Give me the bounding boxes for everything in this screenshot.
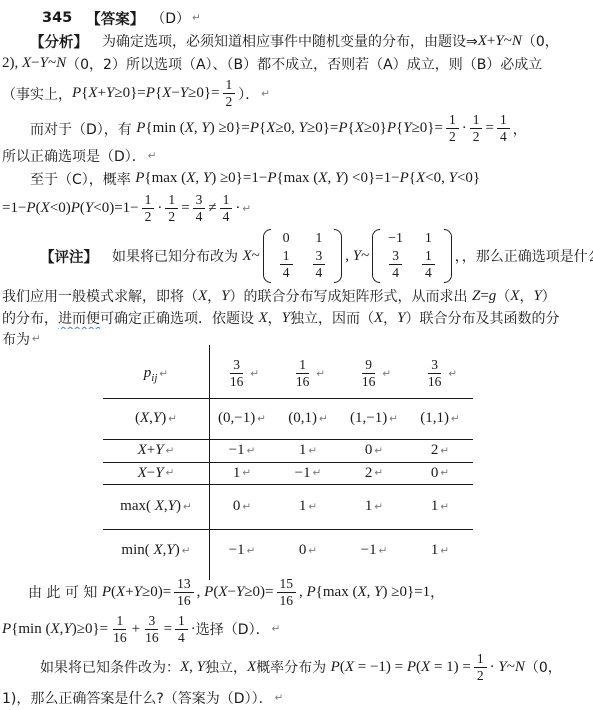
cell-content: 0↵	[275, 542, 341, 559]
remark-line-4: 布为↵	[0, 329, 593, 349]
analysis-line-2: 2), X−Y~N（0，2）所以选项（A）、（B）都不成立，否则若（A）成立，则…	[0, 52, 593, 75]
numerator: 3	[389, 248, 402, 265]
table-value-cell: 2↵	[407, 439, 473, 462]
paragraph-mark-icon: ↵	[374, 467, 383, 479]
followup-line-1: 如果将已知条件改为：X, Y独立，X概率分布为 P(X = −1) = P(X …	[0, 648, 593, 686]
paragraph-mark-icon: ↵	[272, 623, 281, 635]
math-run: =	[181, 200, 189, 217]
paragraph-mark-icon: ↵	[308, 501, 317, 513]
table-value-cell: (1,−1)↵	[341, 398, 407, 439]
denominator: 16	[175, 593, 193, 609]
numerator: 3	[428, 357, 441, 374]
table-row: X+Y↵−1↵1↵0↵2↵	[103, 439, 473, 462]
math-run: (1,−1)	[350, 410, 387, 427]
math-run: X+Y	[138, 442, 164, 459]
cell-content: pij↵	[103, 365, 209, 382]
table-row: max( X,Y)↵0↵1↵1↵1↵	[103, 484, 473, 529]
bold-label: 【分析】	[30, 31, 88, 52]
math-run: X−Y	[138, 465, 164, 482]
math-run: =	[485, 120, 493, 137]
math-run: 2	[365, 465, 373, 482]
text-run: ，	[383, 308, 397, 328]
table-value-cell: 1↵	[275, 439, 341, 462]
paragraph-mark-icon: ↵	[316, 368, 325, 380]
math-run: Z=g	[472, 288, 496, 305]
text-run: ，，那么正确选项是什么?	[455, 246, 593, 266]
denominator: 4	[176, 630, 187, 646]
fraction: 34	[193, 192, 206, 225]
cell-content: 1↵	[209, 465, 275, 482]
cell-content: (0,−1)↵	[209, 410, 275, 427]
paragraph-mark-icon: ↵	[275, 692, 284, 704]
cell-content: (1,1)↵	[407, 410, 473, 427]
conclusion-line-2: P{min (X,Y)≥0}=116+316=14·选择（D）．↵	[0, 610, 593, 648]
math-run: , P(X−Y≥0)=	[197, 584, 274, 601]
math-run: (1,1)	[420, 410, 449, 427]
table-value-cell: −1↵	[209, 529, 275, 572]
matrix-grid: −113414	[384, 229, 440, 283]
math-run: X	[510, 288, 519, 305]
paragraph-mark-icon: ↵	[166, 467, 175, 479]
spellcheck-underlined-text: 进而便	[58, 308, 100, 328]
math-run: =1−P(X<0)P(Y<0)=1−	[2, 200, 139, 217]
fraction: 1316	[174, 576, 194, 609]
text-run: 为确定选项，必须知道相应事件中随机变量的分布，由题设⇒	[88, 31, 478, 51]
table-value-cell: (0,1)↵	[275, 398, 341, 439]
table-value-cell: 116↵	[275, 350, 341, 398]
text-run: 选择（D）．	[196, 619, 270, 639]
cell-content: 116↵	[275, 357, 341, 390]
math-run: ·	[235, 200, 240, 217]
table-value-cell: −1↵	[341, 529, 407, 572]
math-run: 1	[299, 498, 307, 515]
cell-content: −1↵	[341, 542, 407, 559]
answer-line: 345 【答案】 （D）↵	[0, 6, 593, 30]
text-run: ）．	[238, 84, 259, 104]
cell-content: (X,Y)↵	[103, 410, 209, 427]
paragraph-mark-icon: ↵	[389, 413, 398, 425]
cell-content: 1↵	[407, 542, 473, 559]
numerator: 1	[113, 613, 126, 630]
cell-content: 916↵	[341, 357, 407, 390]
paragraph-mark-icon: ↵	[379, 545, 388, 557]
math-run: , P{max (X, Y) ≥0}=1	[299, 584, 430, 601]
cell-content: −1↵	[209, 542, 275, 559]
math-run: ·	[157, 200, 162, 217]
paragraph-mark-icon: ↵	[440, 467, 449, 479]
math-run: X+Y~N	[478, 33, 522, 50]
table-row: (X,Y)↵(0,−1)↵(0,1)↵(1,−1)↵(1,1)↵	[103, 398, 473, 439]
numerator: 1	[175, 613, 188, 630]
table-row: X−Y↵1↵−1↵2↵0↵	[103, 462, 473, 484]
math-run: Y	[533, 288, 541, 305]
math-run: X~	[242, 248, 259, 265]
fraction: 34	[313, 248, 326, 281]
subscript: ij	[151, 372, 157, 384]
paragraph-mark-icon: ↵	[32, 333, 41, 345]
text-run	[72, 8, 86, 28]
numerator: 3	[145, 613, 158, 630]
bold-label: 345	[42, 10, 72, 26]
analysis-line-3: （事实上，P{X+Y≥0}=P{X−Y≥0}=12）．↵	[0, 75, 593, 112]
cell-content: 316↵	[209, 357, 275, 390]
math-run: −1	[361, 542, 377, 559]
table-value-cell: 1↵	[407, 484, 473, 529]
matrix-grid: 011434	[275, 229, 331, 283]
numerator: 3	[313, 248, 326, 265]
text-run: 的分布，	[2, 308, 58, 328]
fraction: 12	[165, 192, 178, 225]
paragraph-mark-icon: ↵	[159, 368, 168, 380]
text-run: （事实上，	[2, 84, 72, 104]
math-run: 1	[233, 465, 241, 482]
table-label-cell: X+Y↵	[103, 439, 209, 462]
table-value-cell: 1↵	[341, 484, 407, 529]
math-run: X	[258, 310, 267, 327]
paragraph-mark-icon: ↵	[382, 368, 391, 380]
paragraph-mark-icon: ↵	[451, 413, 460, 425]
fraction: 14	[175, 613, 188, 646]
cell-content: 316↵	[407, 357, 473, 390]
numerator: 1	[220, 192, 233, 209]
text-run: 概率分布为	[256, 657, 330, 677]
analysis-line-5: 所以正确选项是（D）．↵	[0, 145, 593, 167]
fraction: 12	[223, 77, 236, 110]
paragraph-mark-icon: ↵	[148, 150, 157, 162]
math-run: p	[144, 365, 152, 382]
numerator: 1	[474, 651, 487, 668]
matrix-value: 1	[315, 231, 322, 247]
paragraph-mark-icon: ↵	[257, 413, 266, 425]
math-run: min( X,Y)	[121, 542, 179, 559]
text-run: ，	[268, 308, 282, 328]
text-run: ）联合分布及其函数的分	[405, 308, 559, 328]
table-value-cell: 2↵	[341, 462, 407, 484]
numerator: 9	[362, 357, 375, 374]
denominator: 2	[447, 129, 458, 145]
text-run: 至于（C），概率	[30, 169, 135, 189]
bold-label: 【答案】	[86, 8, 144, 29]
remark-line-3: 的分布，进而便可确定正确选项．依题设 X，Y独立，因而（X，Y）联合分布及其函数…	[0, 307, 593, 329]
numerator: 1	[422, 248, 435, 265]
text-run: ）的联合分布写成矩阵形式，从而求出	[230, 286, 472, 306]
text-run: ，	[519, 286, 533, 306]
math-run: P{min (X, Y) ≥0}=P{X≥0, Y≥0}=P{X≥0}P{Y≥0…	[136, 120, 443, 137]
matrix-value: −1	[388, 231, 403, 247]
cell-content: (0,1)↵	[275, 410, 341, 427]
table-value-cell: 316↵	[407, 350, 473, 398]
denominator: 2	[224, 94, 235, 110]
paragraph-mark-icon: ↵	[166, 445, 175, 457]
text-run: 可确定正确选项．依题设	[100, 308, 258, 328]
cell-content: 0↵	[341, 442, 407, 459]
table-value-cell: 1↵	[275, 484, 341, 529]
table-label-cell: min( X,Y)↵	[103, 529, 209, 572]
left-paren-icon	[372, 229, 380, 283]
math-solution-document: 345 【答案】 （D）↵【分析】 为确定选项，必须知道相应事件中随机变量的分布…	[0, 0, 593, 710]
paragraph-mark-icon: ↵	[261, 88, 270, 100]
table-value-cell: 0↵	[341, 439, 407, 462]
paragraph-mark-icon: ↵	[448, 368, 457, 380]
fraction: 316	[426, 357, 444, 390]
math-run: 1	[299, 442, 307, 459]
numerator: 1	[470, 112, 483, 129]
cell-content: (1,−1)↵	[341, 410, 407, 427]
paragraph-mark-icon: ↵	[242, 203, 251, 215]
denominator: 16	[278, 593, 296, 609]
math-run: P{X+Y≥0}=P{X−Y≥0}=	[72, 85, 220, 102]
denominator: 4	[281, 265, 292, 281]
table-value-cell: 0↵	[209, 484, 275, 529]
fraction: 316	[228, 357, 246, 390]
cell-content: 2↵	[407, 442, 473, 459]
math-run: −1	[295, 465, 311, 482]
numerator: 1	[280, 248, 293, 265]
math-run: ≠	[208, 200, 216, 217]
distribution-matrix: −113414	[372, 229, 452, 283]
fraction: 14	[422, 248, 435, 281]
table-label-cell: (X,Y)↵	[103, 398, 209, 439]
paragraph-mark-icon: ↵	[247, 545, 256, 557]
paragraph-mark-icon: ↵	[247, 445, 256, 457]
table-value-cell: 1↵	[209, 462, 275, 484]
math-run: 0	[431, 465, 439, 482]
numerator: 1	[296, 357, 309, 374]
joint-distribution-table-wrap: pij↵316↵116↵916↵316↵(X,Y)↵(0,−1)↵(0,1)↵(…	[103, 350, 475, 572]
math-run: X	[198, 288, 207, 305]
paragraph-mark-icon: ↵	[374, 445, 383, 457]
numerator: 1	[497, 112, 510, 129]
fraction: 14	[497, 112, 510, 145]
solution-text-top: 345 【答案】 （D）↵【分析】 为确定选项，必须知道相应事件中随机变量的分布…	[0, 6, 593, 349]
table-value-cell: −1↵	[209, 439, 275, 462]
table-value-cell: 0↵	[407, 462, 473, 484]
fraction: 1516	[277, 576, 297, 609]
paragraph-mark-icon: ↵	[440, 501, 449, 513]
cell-content: 2↵	[341, 465, 407, 482]
math-run: (X,Y)	[135, 410, 166, 427]
distribution-matrix: 011434	[263, 229, 343, 283]
denominator: 16	[111, 630, 129, 646]
fraction: 916	[360, 357, 378, 390]
paragraph-mark-icon: ↵	[183, 501, 192, 513]
paragraph-mark-icon: ↵	[242, 467, 251, 479]
denominator: 2	[166, 209, 177, 225]
denominator: 4	[498, 129, 509, 145]
matrix-value: 1	[425, 231, 432, 247]
cell-content: X+Y↵	[103, 442, 209, 459]
table-label-cell: pij↵	[103, 350, 209, 398]
numerator: 3	[193, 192, 206, 209]
paragraph-mark-icon: ↵	[250, 368, 259, 380]
bold-label: 【评注】	[40, 246, 98, 267]
math-run: P{max (X, Y) ≥0}=1−P{max (X, Y) <0}=1−P{…	[135, 170, 480, 187]
cell-content: 1↵	[341, 498, 407, 515]
text-run: 而对于（D），有	[30, 119, 136, 139]
paragraph-mark-icon: ↵	[308, 545, 317, 557]
paragraph-mark-icon: ↵	[242, 501, 251, 513]
text-run: （D）	[144, 8, 190, 28]
remark-line-2: 我们应用一般模式求解，即将（X，Y）的联合分布写成矩阵形式，从而求出 Z=g（X…	[0, 285, 593, 307]
conclusion-line-1: 由 此 可 知 P(X+Y≥0)=1316, P(X−Y≥0)=1516, P{…	[0, 574, 593, 610]
math-run: Y	[282, 310, 290, 327]
text-run: 由 此 可 知	[28, 582, 102, 602]
denominator: 4	[194, 209, 205, 225]
text-run: 所以正确选项是（D）．	[2, 146, 146, 166]
text-run: ，	[207, 286, 221, 306]
math-run: =	[164, 621, 172, 638]
numerator: 1	[142, 192, 155, 209]
cell-content: 0↵	[209, 498, 275, 515]
text-run: （0，	[522, 31, 559, 51]
text-run: ，	[513, 119, 527, 139]
math-run: −1	[229, 442, 245, 459]
numerator: 1	[446, 112, 459, 129]
analysis-line-7: =1−P(X<0)P(Y<0)=1−12·12=34≠14·↵	[0, 190, 593, 227]
math-run: ·	[462, 120, 467, 137]
remark-line-1: 【评注】 如果将已知分布改为 X~011434, Y~−113414，，那么正确…	[0, 227, 593, 285]
numerator: 15	[277, 576, 297, 593]
fraction: 14	[220, 192, 233, 225]
numerator: 13	[174, 576, 194, 593]
numerator: 3	[230, 357, 243, 374]
cell-content: 1↵	[275, 498, 341, 515]
table-value-cell: 1↵	[407, 529, 473, 572]
paragraph-mark-icon: ↵	[168, 413, 177, 425]
paragraph-mark-icon: ↵	[308, 445, 317, 457]
text-run: 1)，那么正确答案是什么?（答案为（D））．	[2, 688, 273, 708]
denominator: 4	[314, 265, 325, 281]
table-value-cell: 0↵	[275, 529, 341, 572]
denominator: 2	[471, 129, 482, 145]
paragraph-mark-icon: ↵	[374, 501, 383, 513]
table-row: min( X,Y)↵−1↵0↵−1↵1↵	[103, 529, 473, 572]
table-value-cell: 316↵	[209, 350, 275, 398]
right-paren-icon	[444, 229, 452, 283]
text-run: 独立，因而（	[290, 308, 374, 328]
analysis-line-1: 【分析】 为确定选项，必须知道相应事件中随机变量的分布，由题设⇒X+Y~N（0，	[0, 30, 593, 52]
cell-content: 1↵	[407, 498, 473, 515]
math-run: 0	[233, 498, 241, 515]
text-run: （0，2）所以选项（A）、（B）都不成立，否则若（A）成立，则（B）必成立	[66, 54, 542, 74]
table-value-cell: −1↵	[275, 462, 341, 484]
fraction: 116	[294, 357, 312, 390]
denominator: 16	[360, 374, 378, 390]
paragraph-mark-icon: ↵	[192, 12, 201, 24]
denominator: 16	[143, 630, 161, 646]
math-run: P{min (X,Y)≥0}=	[2, 621, 108, 638]
right-paren-icon	[334, 229, 342, 283]
math-run: P(X+Y≥0)=	[102, 584, 171, 601]
fraction: 12	[446, 112, 459, 145]
table-label-cell: X−Y↵	[103, 462, 209, 484]
math-run: Y	[221, 288, 229, 305]
fraction: 14	[280, 248, 293, 281]
text-run: ）	[542, 286, 556, 306]
numerator: 1	[165, 192, 178, 209]
denominator: 2	[143, 209, 154, 225]
paragraph-mark-icon: ↵	[313, 467, 322, 479]
math-run: (0,1)	[288, 410, 317, 427]
paragraph-mark-icon: ↵	[440, 545, 449, 557]
math-run: X, Y	[180, 659, 205, 676]
math-run: 2), X−Y~N	[2, 55, 66, 72]
fraction: 34	[389, 248, 402, 281]
table-row: pij↵316↵116↵916↵316↵	[103, 350, 473, 398]
text-run: 独立，	[205, 657, 247, 677]
denominator: 4	[221, 209, 232, 225]
fraction: 12	[470, 112, 483, 145]
paragraph-mark-icon: ↵	[182, 545, 191, 557]
text-run: 我们应用一般模式求解，即将（	[2, 286, 198, 306]
paragraph-mark-icon: ↵	[440, 445, 449, 457]
solution-text-bottom: 由 此 可 知 P(X+Y≥0)=1316, P(X−Y≥0)=1516, P{…	[0, 574, 593, 710]
cell-content: −1↵	[275, 465, 341, 482]
analysis-line-6: 至于（C），概率 P{max (X, Y) ≥0}=1−P{max (X, Y)…	[0, 167, 593, 190]
math-run: +	[132, 621, 140, 638]
math-run: · Y~N	[490, 659, 525, 676]
denominator: 16	[294, 374, 312, 390]
math-run: , Y~	[345, 248, 369, 265]
fraction: 316	[143, 613, 161, 646]
table-value-cell: (1,1)↵	[407, 398, 473, 439]
fraction: 12	[142, 192, 155, 225]
text-run: 如果将已知条件改为：	[40, 657, 180, 677]
text-run: （0，	[525, 657, 562, 677]
denominator: 4	[390, 265, 401, 281]
math-run: (0,−1)	[218, 410, 255, 427]
math-run: 1	[365, 498, 373, 515]
text-run: 如果将已知分布改为	[98, 246, 242, 266]
cell-content: X−Y↵	[103, 465, 209, 482]
fraction: 12	[474, 651, 487, 684]
math-run: X	[374, 310, 383, 327]
math-run: 1	[431, 498, 439, 515]
math-run: 0	[299, 542, 307, 559]
fraction: 116	[111, 613, 129, 646]
cell-content: 1↵	[275, 442, 341, 459]
math-run: X	[247, 659, 256, 676]
math-run: −1	[229, 542, 245, 559]
numerator: 1	[223, 77, 236, 94]
denominator: 16	[426, 374, 444, 390]
denominator: 16	[228, 374, 246, 390]
table-value-cell: (0,−1)↵	[209, 398, 275, 439]
math-run: 0	[365, 442, 373, 459]
cell-content: max( X,Y)↵	[103, 498, 209, 515]
cell-content: 0↵	[407, 465, 473, 482]
joint-distribution-table: pij↵316↵116↵916↵316↵(X,Y)↵(0,−1)↵(0,1)↵(…	[103, 350, 473, 572]
math-run: max( X,Y)	[120, 498, 181, 515]
text-run: （	[496, 286, 510, 306]
denominator: 4	[423, 265, 434, 281]
matrix-value: 0	[283, 231, 290, 247]
math-run: P(X = −1) = P(X = 1) =	[331, 659, 471, 676]
paragraph-mark-icon: ↵	[319, 413, 328, 425]
denominator: 2	[475, 668, 486, 684]
table-value-cell: 916↵	[341, 350, 407, 398]
math-run: 1	[431, 542, 439, 559]
math-run: Y	[397, 310, 405, 327]
followup-line-2: 1)，那么正确答案是什么?（答案为（D））．↵	[0, 686, 593, 710]
text-run: ，	[430, 582, 444, 602]
table-label-cell: max( X,Y)↵	[103, 484, 209, 529]
text-run: 布为	[2, 329, 30, 349]
cell-content: min( X,Y)↵	[103, 542, 209, 559]
left-paren-icon	[263, 229, 271, 283]
analysis-line-4: 而对于（D），有 P{min (X, Y) ≥0}=P{X≥0, Y≥0}=P{…	[0, 112, 593, 145]
math-run: 2	[431, 442, 439, 459]
